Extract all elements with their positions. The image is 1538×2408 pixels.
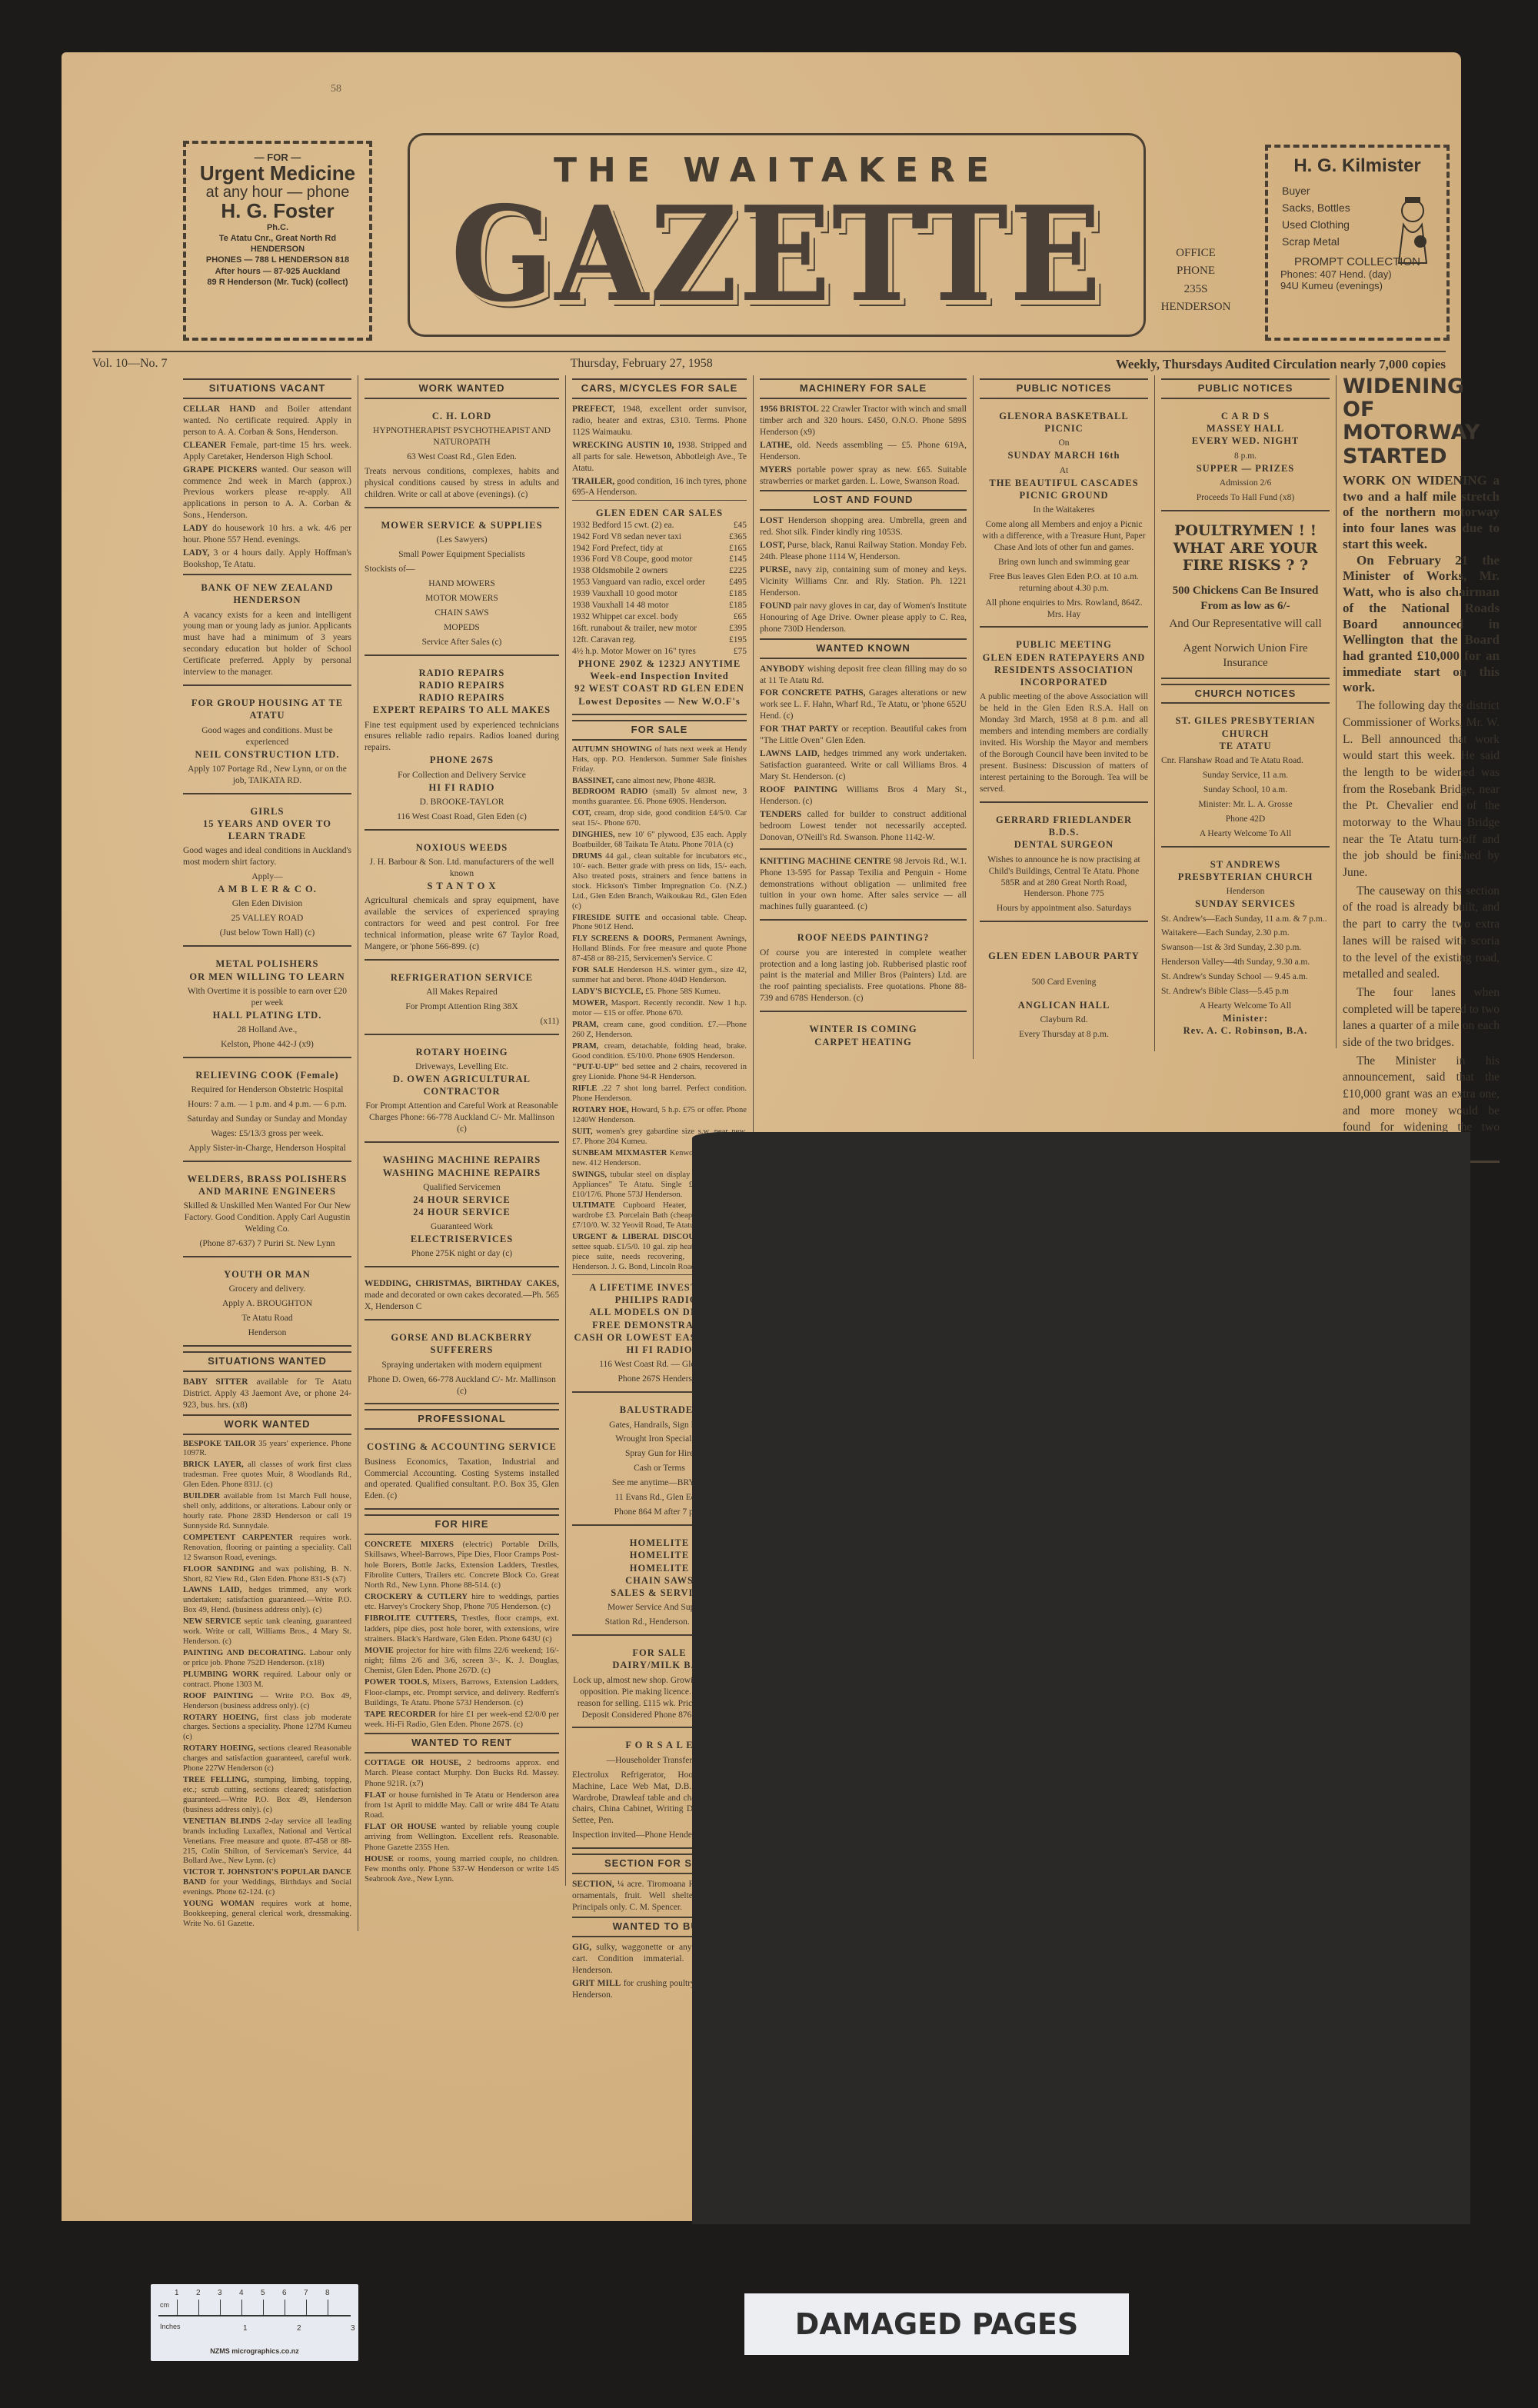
ad-body: or house furnished in Te Atatu or Hender…	[365, 1790, 559, 1820]
classified-ad: ROOF PAINTING Williams Bros 4 Mary St., …	[760, 784, 967, 808]
ad-body: navy zip, containing sum of money and ke…	[760, 565, 967, 598]
ad-subline: at any hour — phone	[192, 184, 363, 201]
ruler-tick	[306, 2300, 307, 2315]
ad-body: 8 p.m.	[1161, 451, 1330, 462]
price-row: 1938 Oldsmobile 2 owners£225	[572, 565, 747, 577]
classified-ad: RIFLE .22 7 shot long barrel. Perfect co…	[572, 1084, 747, 1104]
classified-ad: FOR CONCRETE PATHS, Garages alterations …	[760, 688, 967, 722]
noxious-weeds-ad: NOXIOUS WEEDS J. H. Barbour & Son. Ltd. …	[365, 835, 559, 961]
price-item: 1953 Vanguard van radio, excel order	[572, 577, 705, 588]
classified-ad: TRAILER, good condition, 16 inch tyres, …	[572, 476, 747, 499]
foster-chemist-ad: — FOR — Urgent Medicine at any hour — ph…	[183, 141, 372, 341]
ad-heading: NEIL CONSTRUCTION LTD.	[183, 748, 351, 761]
ruler-inch-label: 3	[351, 2324, 355, 2333]
ad-body: Kelston, Phone 442-J (x9)	[183, 1039, 351, 1051]
ad-heading: ST ANDREWS	[1161, 858, 1330, 871]
ad-heading: ROTARY HOEING	[365, 1046, 559, 1058]
gorse-ad: GORSE AND BLACKBERRY SUFFERERS Spraying …	[365, 1325, 559, 1404]
section-heading: CARS, M/CYCLES FOR SALE	[572, 378, 747, 399]
ad-heading: WHAT ARE YOUR FIRE RISKS ? ?	[1161, 540, 1330, 575]
ad-name: H. G. Foster	[192, 201, 363, 221]
column-motorway-article: WIDENING OF MOTORWAY STARTED WORK ON WID…	[1337, 375, 1506, 1213]
ad-heading: GLEN EDEN LABOUR PARTY	[980, 950, 1148, 962]
column-work-wanted: WORK WANTED C. H. LORD HYPNOTHERAPIST PS…	[358, 375, 566, 1886]
ad-heading: BANK OF NEW ZEALAND	[183, 581, 351, 594]
section-heading: MACHINERY FOR SALE	[760, 378, 967, 399]
ad-keyword: WRECKING AUSTIN 10,	[572, 441, 674, 450]
ad-body: Phone D. Owen, 66-778 Auckland C/- Mr. M…	[365, 1374, 559, 1397]
classified-ad: TAPE RECORDER for hire £1 per week-end £…	[365, 1710, 559, 1730]
classified-ad: COTTAGE OR HOUSE, 2 bedrooms approx. end…	[365, 1758, 559, 1789]
ad-heading: Rev. A. C. Robinson, B.A.	[1161, 1024, 1330, 1037]
article-paragraph: The four lanes when completed will be ta…	[1343, 984, 1500, 1051]
ad-body: Apply 107 Portage Rd., New Lynn, or on t…	[183, 764, 351, 787]
ruler-tick	[328, 2300, 328, 2315]
ad-keyword: CLEANER	[183, 441, 226, 450]
winter-ad: WINTER IS COMING CARPET HEATING	[760, 1017, 967, 1054]
price-item: 16ft. runabout & trailer, new motor	[572, 623, 697, 634]
ad-heading: WASHING MACHINE REPAIRS	[365, 1154, 559, 1166]
ad-body: On	[980, 438, 1148, 449]
page-number: 58	[331, 83, 341, 95]
ad-heading: WELDERS, BRASS POLISHERS AND MARINE ENGI…	[183, 1173, 351, 1198]
classified-ad: ROOF PAINTING — Write P.O. Box 49, Hende…	[183, 1692, 351, 1712]
ad-keyword: ROTARY HOE,	[572, 1106, 629, 1114]
ad-body: Te Atatu Road	[183, 1313, 351, 1324]
ad-keyword: LAWNS LAID,	[183, 1586, 241, 1594]
ad-body: Phone 42D	[1161, 814, 1330, 825]
ad-list: 1956 BRISTOL 22 Crawler Tractor with win…	[760, 404, 967, 488]
classified-ad: WRECKING AUSTIN 10, 1938. Stripped and a…	[572, 440, 747, 475]
ad-heading: GIRLS	[183, 805, 351, 818]
section-heading: CHURCH NOTICES	[1161, 684, 1330, 704]
classified-ad: FLAT OR HOUSE wanted by reliable young c…	[365, 1822, 559, 1853]
ad-heading: TE ATATU	[1161, 740, 1330, 752]
picnic-notice: GLENORA BASKETBALL PICNIC On SUNDAY MARC…	[980, 404, 1148, 628]
ad-item: HAND MOWERS	[365, 578, 559, 590]
ad-keyword: "PUT-U-UP"	[572, 1063, 619, 1071]
dateline: Vol. 10—No. 7 Thursday, February 27, 195…	[92, 351, 1446, 372]
classified-ad: ROTARY HOEING, first class job moderate …	[183, 1714, 351, 1744]
public-meeting-notice: PUBLIC MEETING GLEN EDEN RATEPAYERS AND …	[980, 632, 1148, 802]
ad-body: cane almost new, Phone 483R.	[614, 777, 716, 785]
st-giles-notice: ST. GILES PRESBYTERIAN CHURCH TE ATATU C…	[1161, 708, 1330, 847]
section-heading: WORK WANTED	[365, 378, 559, 399]
classified-ad: PLUMBING WORK required. Labour only or c…	[183, 1670, 351, 1690]
price-value: £365	[729, 531, 747, 543]
ad-list: COTTAGE OR HOUSE, 2 bedrooms approx. end…	[365, 1758, 559, 1884]
ad-keyword: GIG,	[572, 1943, 591, 1952]
ad-list: CONCRETE MIXERS (electric) Portable Dril…	[365, 1540, 559, 1730]
classified-ad: FLOOR SANDING and wax polishing, B. N. S…	[183, 1565, 351, 1585]
classified-ad: ROTARY HOEING, sections cleared Reasonab…	[183, 1744, 351, 1774]
ad-keyword: VENETIAN BLINDS	[183, 1817, 261, 1826]
ad-body: A Hearty Welcome To All	[1161, 828, 1330, 840]
relieving-cook-ad: RELIEVING COOK (Female) Required for Hen…	[183, 1063, 351, 1162]
classified-ad: FLAT or house furnished in Te Atatu or H…	[365, 1790, 559, 1821]
youth-or-man-ad: YOUTH OR MAN Grocery and delivery. Apply…	[183, 1262, 351, 1347]
classified-ad: VICTOR T. JOHNSTON'S POPULAR DANCE BAND …	[183, 1868, 351, 1898]
ad-item: CHAIN SAWS	[365, 608, 559, 619]
ad-heading: YOUTH OR MAN	[183, 1268, 351, 1281]
ad-keyword: SWINGS,	[572, 1171, 607, 1179]
ad-body: Minister: Mr. L. A. Grosse	[1161, 799, 1330, 811]
ad-body: D. BROOKE-TAYLOR	[365, 797, 559, 808]
ad-heading: Minister:	[1161, 1012, 1330, 1024]
ad-body: For Prompt Attention and Careful Work at…	[365, 1101, 559, 1135]
ad-keyword: LATHE,	[760, 441, 792, 450]
ad-body: With Overtime it is possible to earn ove…	[183, 986, 351, 1009]
section-heading: FOR HIRE	[365, 1514, 559, 1535]
ad-keyword: CELLAR HAND	[183, 405, 255, 414]
classified-ad: HOUSE or rooms, young married couple, no…	[365, 1854, 559, 1885]
ad-body: for your Weddings, Birthdays and Social …	[183, 1878, 351, 1897]
ad-heading: WINTER IS COMING	[760, 1023, 967, 1035]
ad-heading: 15 YEARS AND OVER TO LEARN TRADE	[183, 818, 351, 843]
ad-body: cream, drop side, good condition £4/5/0.…	[572, 809, 747, 828]
column-public-notices: PUBLIC NOTICES GLENORA BASKETBALL PICNIC…	[974, 375, 1155, 1051]
ad-heading: SUPPER — PRIZES	[1161, 462, 1330, 475]
ad-body: Service After Sales (c)	[365, 637, 559, 648]
ad-keyword: MOVIE	[365, 1646, 394, 1655]
classified-ad: TENDERS called for builder to construct …	[760, 809, 967, 844]
ad-keyword: DINGHIES,	[572, 831, 615, 839]
ad-address: Te Atatu Cnr., Great North Rd	[192, 233, 363, 244]
ad-heading: C. H. LORD	[365, 410, 559, 422]
girls-ad: GIRLS 15 YEARS AND OVER TO LEARN TRADE G…	[183, 799, 351, 948]
ad-heading: PUBLIC MEETING	[980, 638, 1148, 651]
ad-keyword: COMPETENT CARPENTER	[183, 1534, 293, 1542]
office-line: OFFICE	[1150, 245, 1242, 262]
group-housing-ad: FOR GROUP HOUSING AT TE ATATU Good wages…	[183, 691, 351, 794]
ad-body: Henderson	[1161, 886, 1330, 898]
ad-credential: Ph.C.	[192, 222, 363, 233]
ad-after-hours: After hours — 87-925 Auckland	[192, 266, 363, 277]
classified-ad: FOR THAT PARTY or reception. Beautiful c…	[760, 724, 967, 747]
ruler-inch-label: 1	[243, 2324, 248, 2333]
service-line: Swanson—1st & 3rd Sunday, 2.30 p.m.	[1161, 942, 1330, 954]
ad-keyword: FOUND	[760, 601, 791, 611]
ad-keyword: CROCKERY & CUTLERY	[365, 1592, 468, 1601]
lord-ad: C. H. LORD HYPNOTHERAPIST PSYCHOTHEAPIST…	[365, 404, 559, 508]
section-heading: SITUATIONS VACANT	[183, 378, 351, 399]
ad-body: Phone 275K night or day (c)	[365, 1248, 559, 1260]
ad-keyword: TAPE RECORDER	[365, 1710, 436, 1719]
ad-heading: MOWER SERVICE & SUPPLIES	[365, 519, 559, 531]
article-paragraph: The following day the district Commissio…	[1343, 698, 1500, 881]
classified-ad: BESPOKE TAILOR 35 years' experience. Pho…	[183, 1440, 351, 1460]
classified-ad: LATHE, old. Needs assembling — £5. Phone…	[760, 440, 967, 463]
ad-heading: GLEN EDEN RATEPAYERS AND RESIDENTS ASSOC…	[980, 651, 1148, 689]
ad-list: PREFECT, 1948, excellent order sunvisor,…	[572, 404, 747, 499]
ad-body: Business Economics, Taxation, Industrial…	[365, 1457, 559, 1503]
ad-body: 500 Card Evening	[980, 977, 1148, 988]
ad-keyword: DRUMS	[572, 852, 602, 861]
classified-ad: LADY do housework 10 hrs. a wk. 4/6 per …	[183, 523, 351, 546]
circulation: Weekly, Thursdays Audited Circulation ne…	[1116, 357, 1446, 372]
section-heading: SITUATIONS WANTED	[183, 1351, 351, 1372]
ad-keyword: LAWNS LAID,	[760, 749, 820, 758]
ad-keyword: PRAM,	[572, 1021, 598, 1029]
ad-keyword: BASSINET,	[572, 777, 614, 785]
ad-body: do housework 10 hrs. a wk. 4/6 per hour.…	[183, 524, 351, 545]
price-row: 1942 Ford Prefect, tidy at£165	[572, 543, 747, 555]
section-heading: FOR SALE	[572, 720, 747, 741]
costing-ad: COSTING & ACCOUNTING SERVICE Business Ec…	[365, 1434, 559, 1510]
ad-heading: WASHING MACHINE REPAIRS	[365, 1167, 559, 1179]
price-value: £145	[729, 554, 747, 565]
ad-keyword: RIFLE	[572, 1084, 597, 1093]
ad-heading: HI FI RADIO	[365, 781, 559, 794]
ad-body: Small Power Equipment Specialists	[365, 549, 559, 561]
ad-body: Apply A. BROUGHTON	[183, 1298, 351, 1310]
price-item: 1942 Ford V8 sedan never taxi	[572, 531, 681, 543]
ad-body: projector for hire with films 22/6 weeke…	[365, 1646, 559, 1675]
ad-body: A Hearty Welcome To All	[1161, 1001, 1330, 1012]
classified-ad: LAWNS LAID, hedges trimmed any work unde…	[760, 748, 967, 783]
ad-keyword: BESPOKE TAILOR	[183, 1440, 256, 1448]
classified-ad: MYERS portable power spray as new. £65. …	[760, 465, 967, 488]
ad-name: H. G. Kilmister	[1274, 155, 1440, 177]
ruler-cm-label: cm	[160, 2301, 169, 2309]
ad-heading: PRESBYTERIAN CHURCH	[1161, 871, 1330, 883]
service-line: St. Andrew's Sunday School — 9.45 a.m.	[1161, 971, 1330, 983]
ad-body: pair navy gloves in car, day of Women's …	[760, 601, 967, 634]
ad-heading: A M B L E R & C O.	[183, 883, 351, 895]
ad-heading: MASSEY HALL	[1161, 422, 1330, 435]
ad-heading: 92 WEST COAST RD GLEN EDEN	[572, 682, 747, 694]
ad-keyword: BEDROOM RADIO	[572, 788, 647, 796]
washing-machine-ad: WASHING MACHINE REPAIRS WASHING MACHINE …	[365, 1147, 559, 1267]
ad-body: Clayburn Rd.	[980, 1014, 1148, 1026]
ad-body: cream, detachable, folding head, brake. …	[572, 1042, 747, 1061]
ad-heading: POULTRYMEN ! !	[1161, 522, 1330, 540]
ad-town: HENDERSON	[192, 244, 363, 255]
ad-heading: ROOF NEEDS PAINTING?	[760, 931, 967, 944]
article-paragraph: The causeway on this section of the road…	[1343, 883, 1500, 983]
ruler-brand: NZMS micrographics.co.nz	[151, 2347, 358, 2355]
ad-body: Proceeds To Hall Fund (x8)	[1161, 492, 1330, 504]
price-row: 1932 Bedford 15 cwt. (2) ea.£45	[572, 520, 747, 531]
ruler-tick-label: 6	[282, 2289, 287, 2297]
ad-keyword: ROTARY HOEING,	[183, 1744, 255, 1753]
ad-heading: S T A N T O X	[365, 880, 559, 892]
ad-keyword: POWER TOOLS,	[365, 1677, 429, 1687]
ad-headline: Urgent Medicine	[192, 163, 363, 184]
ad-heading: COSTING & ACCOUNTING SERVICE	[365, 1440, 559, 1453]
classified-ad: FIBROLITE CUTTERS, Trestles, floor cramp…	[365, 1614, 559, 1644]
cakes-ad: WEDDING, CHRISTMAS, BIRTHDAY CAKES, made…	[365, 1272, 559, 1321]
ad-keyword: GRIT MILL	[572, 1979, 621, 1988]
labour-party-notice: GLEN EDEN LABOUR PARTY 500 Card Evening …	[980, 927, 1148, 1046]
ad-heading: ST. GILES PRESBYTERIAN CHURCH	[1161, 714, 1330, 740]
price-item: 1932 Whippet car excel. body	[572, 611, 678, 623]
price-value: £185	[729, 600, 747, 611]
classified-ad: 1956 BRISTOL 22 Crawler Tractor with win…	[760, 404, 967, 438]
ad-keyword: TENDERS	[760, 810, 801, 819]
ruler-tick	[198, 2300, 199, 2315]
price-value: £195	[729, 634, 747, 646]
ad-heading: GLENORA BASKETBALL PICNIC	[980, 410, 1148, 435]
ad-heading: 24 HOUR SERVICE	[365, 1194, 559, 1206]
ad-body: Wages: £5/13/3 gross per week.	[183, 1128, 351, 1140]
welders-ad: WELDERS, BRASS POLISHERS AND MARINE ENGI…	[183, 1167, 351, 1257]
ad-body: A vacancy exists for a keen and intellig…	[183, 610, 351, 679]
classified-ad: ROTARY HOE, Howard, 5 h.p. £75 or offer.…	[572, 1106, 747, 1126]
ad-keyword: ROTARY HOEING,	[183, 1714, 258, 1722]
classified-ad: PREFECT, 1948, excellent order sunvisor,…	[572, 404, 747, 438]
ad-body: Treats nervous conditions, complexes, ha…	[365, 466, 559, 501]
cards-notice: C A R D S MASSEY HALL EVERY WED. NIGHT 8…	[1161, 404, 1330, 511]
article-lede: WORK ON WIDENING a two and a half mile s…	[1343, 473, 1500, 553]
ad-keyword: LOST,	[760, 541, 785, 550]
classified-ad: GRAPE PICKERS wanted. Our season will co…	[183, 465, 351, 522]
classified-ad: NEW SERVICE septic tank cleaning, guaran…	[183, 1617, 351, 1647]
ad-keyword: FOR CONCRETE PATHS,	[760, 688, 866, 698]
ad-body: A public meeting of the above Associatio…	[980, 691, 1148, 794]
ad-heading: RELIEVING COOK (Female)	[183, 1069, 351, 1081]
ad-body: Purse, black, Ranui Railway Station. Mon…	[760, 541, 967, 561]
volume-number: Vol. 10—No. 7	[92, 357, 168, 372]
classified-ad: LOST, Purse, black, Ranui Railway Statio…	[760, 540, 967, 563]
ad-keyword: FIRESIDE SUITE	[572, 914, 640, 922]
ad-body: Required for Henderson Obstetric Hospita…	[183, 1084, 351, 1096]
ad-keyword: PURSE,	[760, 565, 791, 575]
price-row: 1942 Ford V8 sedan never taxi£365	[572, 531, 747, 543]
ad-body: 116 West Coast Road, Glen Eden (c)	[365, 811, 559, 823]
classified-ad: PURSE, navy zip, containing sum of money…	[760, 565, 967, 599]
price-value: £185	[729, 588, 747, 600]
ad-keyword: PREFECT,	[572, 405, 615, 414]
ad-body: Good wages and ideal conditions in Auckl…	[183, 845, 351, 868]
ad-keyword: ROOF PAINTING	[760, 785, 837, 794]
ad-body: Grocery and delivery.	[183, 1284, 351, 1295]
ruler-tick-label: 7	[304, 2289, 308, 2297]
ad-item: MOTOR MOWERS	[365, 593, 559, 604]
ad-keyword: BUILDER	[183, 1492, 220, 1500]
ad-body: For Collection and Delivery Service	[365, 770, 559, 781]
ad-list: BESPOKE TAILOR 35 years' experience. Pho…	[183, 1440, 351, 1930]
price-row: 12ft. Caravan reg.£195	[572, 634, 747, 646]
ad-heading: SUNDAY SERVICES	[1161, 898, 1330, 910]
classified-ad: FOR SALE Henderson H.S. winter gym., siz…	[572, 966, 747, 986]
price-row: 1953 Vanguard van radio, excel order£495	[572, 577, 747, 588]
classified-ad: FIRESIDE SUITE and occasional table. Che…	[572, 914, 747, 934]
classified-ad: LADY'S BICYCLE, £5. Phone 58S Kumeu.	[572, 988, 747, 998]
ad-keyword: MYERS	[760, 465, 792, 475]
ad-keyword: BABY SITTER	[183, 1377, 248, 1387]
ad-body: Of course you are interested in complete…	[760, 948, 967, 1005]
ad-body: Hours by appointment also. Saturdays	[980, 903, 1148, 914]
classified-ad: LOST Henderson shopping area. Umbrella, …	[760, 515, 967, 538]
title-frame: THE WAITAKERE GAZETTE	[408, 133, 1146, 337]
classified-ad: ANYBODY wishing deposit free clean filli…	[760, 664, 967, 687]
ad-keyword: ULTIMATE	[572, 1201, 615, 1210]
ad-keyword: LADY'S BICYCLE,	[572, 988, 643, 996]
title-main: GAZETTE	[439, 189, 1114, 320]
ad-heading: FOR GROUP HOUSING AT TE ATATU	[183, 697, 351, 722]
section-heading: WANTED KNOWN	[760, 638, 967, 659]
ad-body: Henderson	[183, 1327, 351, 1339]
section-heading: LOST AND FOUND	[760, 490, 967, 511]
classified-ad: VENETIAN BLINDS 2-day service all leadin…	[183, 1817, 351, 1867]
section-heading: WORK WANTED	[183, 1414, 351, 1435]
ad-heading: ELECTRISERVICES	[365, 1233, 559, 1245]
article-lede: On February 21 the Minister of Works, Mr…	[1343, 553, 1500, 697]
classified-ad: BASSINET, cane almost new, Phone 483R.	[572, 777, 747, 787]
ruler-tick	[220, 2300, 221, 2315]
ad-keyword: GRAPE PICKERS	[183, 465, 257, 475]
ad-keyword: WEDDING, CHRISTMAS, BIRTHDAY CAKES,	[365, 1279, 559, 1288]
dental-surgeon-notice: GERRARD FRIEDLANDER B.D.S. DENTAL SURGEO…	[980, 808, 1148, 922]
ad-heading: Lowest Deposites — New W.O.F's	[572, 695, 747, 708]
classified-ad: TREE FELLING, stumping, limbing, topping…	[183, 1776, 351, 1816]
service-line: Henderson Valley—4th Sunday, 9.30 a.m.	[1161, 957, 1330, 968]
ad-body: In the Waitakeres	[980, 505, 1148, 516]
ad-heading: GERRARD FRIEDLANDER B.D.S.	[980, 814, 1148, 839]
ad-body: Good wages and conditions. Must be exper…	[183, 725, 351, 748]
price-item: 1932 Bedford 15 cwt. (2) ea.	[572, 520, 674, 531]
ad-keyword: FLAT	[365, 1790, 386, 1800]
section-heading: PROFESSIONAL	[365, 1409, 559, 1430]
ad-keyword: SUNBEAM MIXMASTER	[572, 1149, 667, 1157]
ad-heading: D. OWEN AGRICULTURAL CONTRACTOR	[365, 1073, 559, 1098]
ad-body: For Prompt Attention Ring 38X	[365, 1001, 559, 1013]
ad-heading: NOXIOUS WEEDS	[365, 841, 559, 854]
knitting-ad: KNITTING MACHINE CENTRE 98 Jervois Rd., …	[760, 848, 967, 921]
ad-heading: METAL POLISHERS	[183, 958, 351, 970]
price-value: £225	[729, 565, 747, 577]
classified-ad: BABY SITTER available for Te Atatu Distr…	[183, 1377, 351, 1411]
ad-body: Free Bus leaves Glen Eden P.O. at 10 a.m…	[980, 571, 1148, 595]
glen-eden-car-sales: GLEN EDEN CAR SALES 1932 Bedford 15 cwt.…	[572, 500, 747, 715]
classified-ad: MOWER, Masport. Recently recondit. New 1…	[572, 999, 747, 1019]
ad-keyword: PAINTING AND DECORATING.	[183, 1649, 305, 1657]
column-church-notices: PUBLIC NOTICES C A R D S MASSEY HALL EVE…	[1155, 375, 1337, 1048]
price-item: 1938 Vauxhall 14 48 motor	[572, 600, 669, 611]
ad-body: Fine test equipment used by experienced …	[365, 720, 559, 754]
ad-body: Guaranteed Work	[365, 1221, 559, 1233]
ad-body: Wishes to announce he is now practising …	[980, 854, 1148, 901]
ad-keyword: FOR THAT PARTY	[760, 724, 838, 734]
ruler-tick	[177, 2300, 178, 2315]
st-andrews-notice: ST ANDREWS PRESBYTERIAN CHURCH Henderson…	[1161, 852, 1330, 1044]
section-heading: PUBLIC NOTICES	[1161, 378, 1330, 399]
ad-heading: GORSE AND BLACKBERRY SUFFERERS	[365, 1331, 559, 1357]
ad-heading: OR MEN WILLING TO LEARN	[183, 971, 351, 983]
classified-ad: PRAM, cream cane, good condition. £7.—Ph…	[572, 1021, 747, 1041]
ad-heading: RADIO REPAIRS	[365, 667, 559, 679]
ad-heading: DENTAL SURGEON	[980, 838, 1148, 851]
ad-keyword: ROOF PAINTING	[183, 1692, 253, 1700]
ad-keyword: BRICK LAYER,	[183, 1460, 244, 1469]
classified-ad: COT, cream, drop side, good condition £4…	[572, 809, 747, 829]
ruler-tick-label: 3	[218, 2289, 222, 2297]
ad-heading: EXPERT REPAIRS TO ALL MAKES	[365, 704, 559, 716]
price-row: 16ft. runabout & trailer, new motor£395	[572, 623, 747, 634]
ad-phones: PHONES — 788 L HENDERSON 818	[192, 255, 363, 265]
ad-body: made and decorated or own cakes decorate…	[365, 1291, 559, 1311]
ad-body: 63 West Coast Rd., Glen Eden.	[365, 451, 559, 463]
ad-body: Hours: 7 a.m. — 1 p.m. and 4 p.m. — 6 p.…	[183, 1099, 351, 1111]
ad-heading: REFRIGERATION SERVICE	[365, 971, 559, 984]
ad-body: Sunday School, 10 a.m.	[1161, 784, 1330, 796]
damaged-area	[692, 1132, 1470, 2224]
ad-keyword: TREE FELLING,	[183, 1776, 249, 1784]
classified-ad: COMPETENT CARPENTER requires work. Renov…	[183, 1534, 351, 1564]
price-row: 1936 Ford V8 Coupe, good motor£145	[572, 554, 747, 565]
price-row: 1938 Vauxhall 14 48 motor£185	[572, 600, 747, 611]
